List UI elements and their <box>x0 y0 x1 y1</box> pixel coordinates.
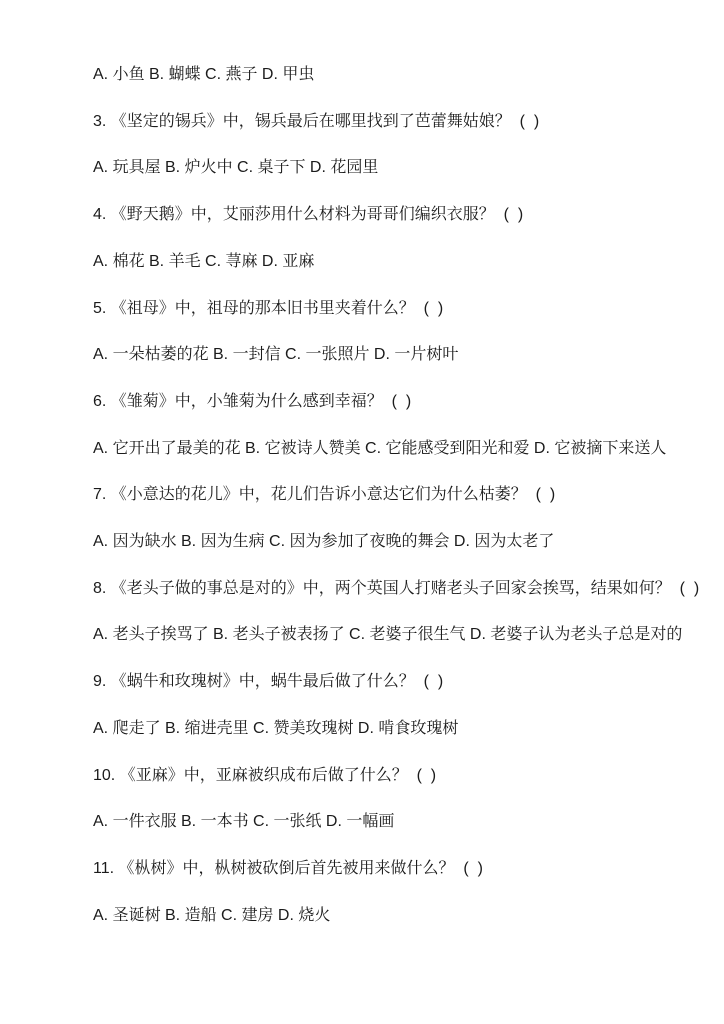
answer-options-line: A. 老头子挨骂了 B. 老头子被表扬了 C. 老婆子很生气 D. 老婆子认为老… <box>93 612 704 659</box>
question-line: 8. 《老头子做的事总是对的》中，两个英国人打赌老头子回家会挨骂，结果如何？ (… <box>93 566 704 613</box>
quiz-content: A. 小鱼 B. 蝴蝶 C. 燕子 D. 甲虫3. 《坚定的锡兵》中，锡兵最后在… <box>93 52 704 939</box>
answer-options-line: A. 爬走了 B. 缩进壳里 C. 赞美玫瑰树 D. 啃食玫瑰树 <box>93 706 704 753</box>
answer-options-line: A. 它开出了最美的花 B. 它被诗人赞美 C. 它能感受到阳光和爱 D. 它被… <box>93 426 704 473</box>
question-line: 5. 《祖母》中，祖母的那本旧书里夹着什么？ ( ) <box>93 286 704 333</box>
answer-options-line: A. 圣诞树 B. 造船 C. 建房 D. 烧火 <box>93 893 704 940</box>
question-line: 9. 《蜗牛和玫瑰树》中，蜗牛最后做了什么？ ( ) <box>93 659 704 706</box>
question-line: 3. 《坚定的锡兵》中，锡兵最后在哪里找到了芭蕾舞姑娘？ ( ) <box>93 99 704 146</box>
question-line: 11. 《枞树》中，枞树被砍倒后首先被用来做什么？ ( ) <box>93 846 704 893</box>
answer-options-line: A. 因为缺水 B. 因为生病 C. 因为参加了夜晚的舞会 D. 因为太老了 <box>93 519 704 566</box>
quiz-document-page: A. 小鱼 B. 蝴蝶 C. 燕子 D. 甲虫3. 《坚定的锡兵》中，锡兵最后在… <box>0 0 724 1024</box>
answer-options-line: A. 一件衣服 B. 一本书 C. 一张纸 D. 一幅画 <box>93 799 704 846</box>
answer-options-line: A. 小鱼 B. 蝴蝶 C. 燕子 D. 甲虫 <box>93 52 704 99</box>
question-line: 4. 《野天鹅》中，艾丽莎用什么材料为哥哥们编织衣服？ ( ) <box>93 192 704 239</box>
question-line: 6. 《雏菊》中，小雏菊为什么感到幸福？ ( ) <box>93 379 704 426</box>
question-line: 7. 《小意达的花儿》中，花儿们告诉小意达它们为什么枯萎？ ( ) <box>93 472 704 519</box>
answer-options-line: A. 一朵枯萎的花 B. 一封信 C. 一张照片 D. 一片树叶 <box>93 332 704 379</box>
answer-options-line: A. 棉花 B. 羊毛 C. 荨麻 D. 亚麻 <box>93 239 704 286</box>
question-line: 10. 《亚麻》中，亚麻被织成布后做了什么？ ( ) <box>93 753 704 800</box>
answer-options-line: A. 玩具屋 B. 炉火中 C. 桌子下 D. 花园里 <box>93 145 704 192</box>
